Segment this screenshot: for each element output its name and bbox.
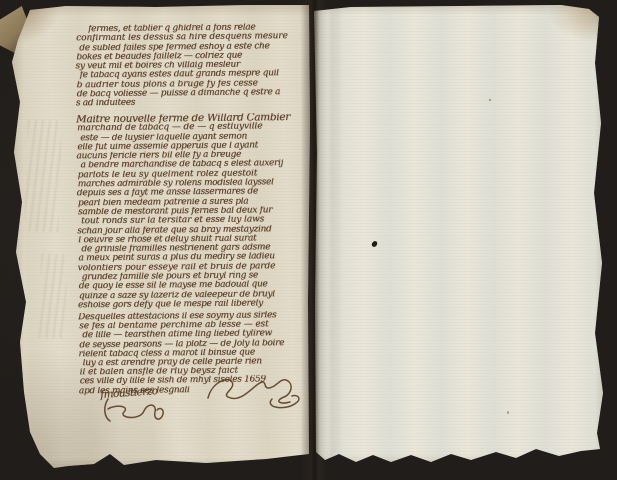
ink-speck <box>489 99 491 101</box>
signature-left: fmoustierzo <box>100 386 186 438</box>
manuscript-line: s ad induitees <box>76 97 313 109</box>
signature-flourish-icon <box>202 370 308 412</box>
paragraph-1: fermes, et tablier q ghidrel a fons rela… <box>76 23 313 109</box>
paragraph-2: Maitre nouvelle ferme de Willard Cambier… <box>77 113 315 311</box>
signature-right <box>202 370 308 412</box>
signature-paraph-icon <box>100 398 174 424</box>
ink-bleedthrough <box>24 119 62 232</box>
left-page: fermes, et tablier q ghidrel a fons rela… <box>6 2 312 474</box>
manuscript-scan: fermes, et tablier q ghidrel a fons rela… <box>0 0 617 480</box>
ink-speck <box>507 411 509 414</box>
right-page <box>311 3 609 470</box>
ink-bleedthrough <box>39 254 68 339</box>
handwriting-block: fermes, et tablier q ghidrel a fons rela… <box>76 21 312 23</box>
manuscript-line: eshoise gors defy que le mespe rail libe… <box>78 299 315 311</box>
